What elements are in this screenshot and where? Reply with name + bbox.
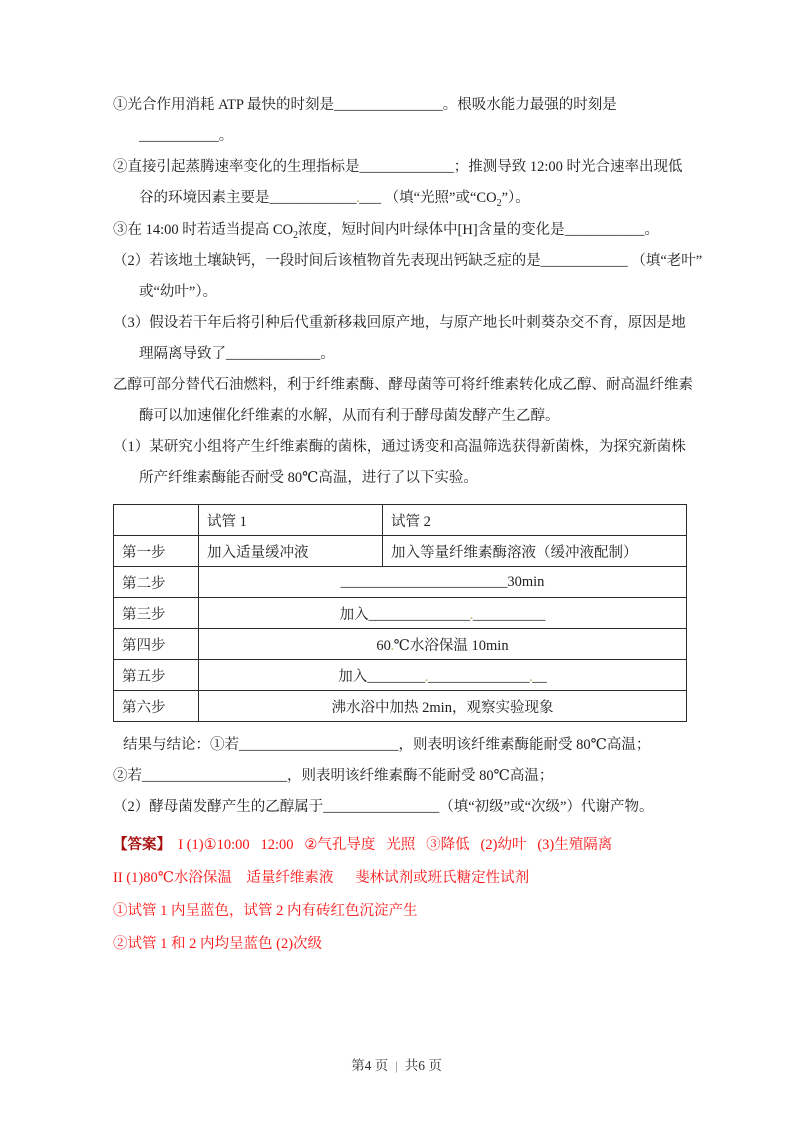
step-label: 第四步	[114, 629, 199, 660]
question-line: ___________。	[113, 121, 685, 152]
answer-line: ①试管 1 内呈蓝色，试管 2 内有砖红色沉淀产生	[113, 895, 685, 928]
result-line: （2）酵母菌发酵产生的乙醇属于________________（填“初级”或“次…	[113, 792, 685, 823]
table-row: 第六步 沸水浴中加热 2min，观察实验现象	[114, 691, 687, 722]
question-line: （2）若该地土壤缺钙，一段时间后该植物首先表现出钙缺乏症的是__________…	[113, 246, 685, 277]
question-block: ①光合作用消耗 ATP 最快的时刻是_______________。根吸水能力最…	[113, 90, 685, 494]
table-row: 第二步 _______________________30min	[114, 567, 687, 598]
experiment-table: 试管 1 试管 2 第一步 加入适量缓冲液 加入等量纤维素酶溶液（缓冲液配制） …	[113, 504, 687, 722]
table-cell: 沸水浴中加热 2min，观察实验现象	[199, 691, 687, 722]
step-label: 第五步	[114, 660, 199, 691]
table-row: 第一步 加入适量缓冲液 加入等量纤维素酶溶液（缓冲液配制）	[114, 536, 687, 567]
step-label: 第三步	[114, 598, 199, 629]
question-line: ③在 14:00 时若适当提高 CO2浓度，短时间内叶绿体中[H]含量的变化是_…	[113, 215, 685, 246]
question-line: （3）假设若干年后将引种后代重新移栽回原产地，与原产地长叶刺葵杂交不育，原因是地	[113, 308, 685, 339]
answer-line: ②试管 1 和 2 内均呈蓝色 (2)次级	[113, 928, 685, 961]
table-cell: 加入等量纤维素酶溶液（缓冲液配制）	[383, 536, 687, 567]
answer-line: II (1)80℃水浴保温 适量纤维素液 斐林试剂或班氏糖定性试剂	[113, 862, 685, 895]
question-line: 理隔离导致了_____________。	[113, 339, 685, 370]
step-label: 第一步	[114, 536, 199, 567]
question-line: ②直接引起蒸腾速率变化的生理指标是_____________；推测导致 12:0…	[113, 152, 685, 183]
total-pages-label: 共6 页	[405, 1058, 442, 1073]
table-header-cell: 试管 1	[199, 505, 383, 536]
table-cell: 加入________.______________.__	[199, 660, 687, 691]
question-line: 所产纤维素酶能否耐受 80℃高温，进行了以下实验。	[113, 463, 685, 494]
table-row: 第三步 加入______________.__________	[114, 598, 687, 629]
intro-line: 乙醇可部分替代石油燃料，利于纤维素酶、酵母菌等可将纤维素转化成乙醇、耐高温纤维素	[113, 370, 685, 401]
table-cell: 加入适量缓冲液	[199, 536, 383, 567]
table-cell: 60.℃水浴保温 10min	[199, 629, 687, 660]
table-cell: _______________________30min	[199, 567, 687, 598]
current-page-label: 第4 页	[351, 1058, 388, 1073]
result-line: 结果与结论：①若______________________，则表明该纤维素酶能…	[113, 730, 685, 761]
page-content: ①光合作用消耗 ATP 最快的时刻是_______________。根吸水能力最…	[113, 90, 685, 961]
table-row: 第五步 加入________.______________.__	[114, 660, 687, 691]
answer-line: 【答案】 I (1)①10:00 12:00 ②气孔导度 光照 ③降低 (2)幼…	[113, 829, 685, 862]
table-header-cell: 试管 2	[383, 505, 687, 536]
question-line: 或“幼叶”）。	[113, 277, 685, 308]
question-line: 谷的环境因素主要是____________.___ （填“光照”或“CO2”）。	[113, 183, 685, 215]
step-label: 第六步	[114, 691, 199, 722]
table-header-cell	[114, 505, 199, 536]
table-cell: 加入______________.__________	[199, 598, 687, 629]
table-row: 第四步 60.℃水浴保温 10min	[114, 629, 687, 660]
answer-key-block: 【答案】 I (1)①10:00 12:00 ②气孔导度 光照 ③降低 (2)幼…	[113, 829, 685, 961]
result-line: ②若____________________，则表明该纤维素酶不能耐受 80℃高…	[113, 761, 685, 792]
table-header-row: 试管 1 试管 2	[114, 505, 687, 536]
footer-separator: |	[388, 1059, 405, 1073]
document-page: ①光合作用消耗 ATP 最快的时刻是_______________。根吸水能力最…	[0, 0, 793, 1122]
results-block: 结果与结论：①若______________________，则表明该纤维素酶能…	[113, 730, 685, 823]
page-footer: 第4 页|共6 页	[0, 1054, 793, 1074]
question-line: ①光合作用消耗 ATP 最快的时刻是_______________。根吸水能力最…	[113, 90, 685, 121]
question-line: （1）某研究小组将产生纤维素酶的菌株，通过诱变和高温筛选获得新菌株，为探究新菌株	[113, 432, 685, 463]
step-label: 第二步	[114, 567, 199, 598]
intro-line: 酶可以加速催化纤维素的水解，从而有利于酵母菌发酵产生乙醇。	[113, 401, 685, 432]
